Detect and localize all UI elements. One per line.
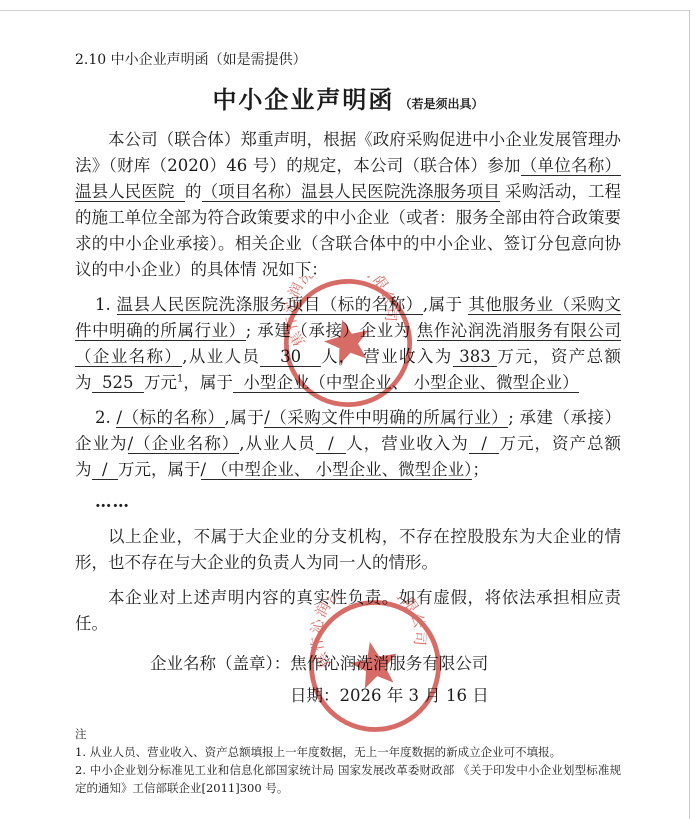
paragraph-item-1: 1. 温县人民医院洗涤服务项目（标的名称）,属于 其他服务业（采购文件中明确的所…	[75, 292, 621, 396]
date-line: 日期：2026 年 3 月 16 日	[75, 683, 621, 709]
title-note: （若是须出具）	[400, 97, 484, 111]
page-edge-top	[0, 10, 689, 11]
company-name: 焦作沁润洗消服务有限公司	[290, 654, 488, 673]
footnote-2: 2. 中小企业划分标准见工业和信息化部国家统计局 国家发展改革委财政部 《关于印…	[75, 761, 621, 797]
page-edge-right	[689, 10, 690, 819]
ellipsis-line: ……	[75, 489, 621, 515]
footnotes: 注 1. 从业人员、营业收入、资产总额填报上一年度数据，无上一年度数据的新成立企…	[75, 725, 621, 797]
footnote-1: 1. 从业人员、营业收入、资产总额填报上一年度数据，无上一年度数据的新成立企业可…	[75, 743, 621, 761]
document-content: 2.10 中小企业声明函（如是需提供） 中小企业声明函 （若是须出具） 本公司（…	[75, 50, 621, 797]
footnote-title: 注	[75, 725, 621, 743]
company-seal-label: 企业名称（盖章）：	[150, 654, 290, 673]
paragraph-responsibility: 本企业对上述声明内容的真实性负责。如有虚假，将依法承担相应责任。	[75, 585, 621, 637]
title-text: 中小企业声明函	[212, 85, 394, 114]
paragraph-no-branch: 以上企业，不属于大企业的分支机构，不存在控股股东为大企业的情形，也不存在与大企业…	[75, 524, 621, 576]
paragraph-intro: 本公司（联合体）郑重声明，根据《政府采购促进中小企业发展管理办法》（财库（202…	[75, 127, 621, 283]
paragraph-item-2: 2. /（标的名称）,属于/（采购文件中明确的所属行业）; 承建（承接）企业为/…	[75, 405, 621, 483]
document-page: 2.10 中小企业声明函（如是需提供） 中小企业声明函 （若是须出具） 本公司（…	[0, 0, 695, 819]
page-title: 中小企业声明函 （若是须出具）	[75, 80, 621, 115]
section-label: 2.10 中小企业声明函（如是需提供）	[75, 50, 621, 70]
company-seal-line: 企业名称（盖章）：焦作沁润洗消服务有限公司	[75, 651, 621, 677]
